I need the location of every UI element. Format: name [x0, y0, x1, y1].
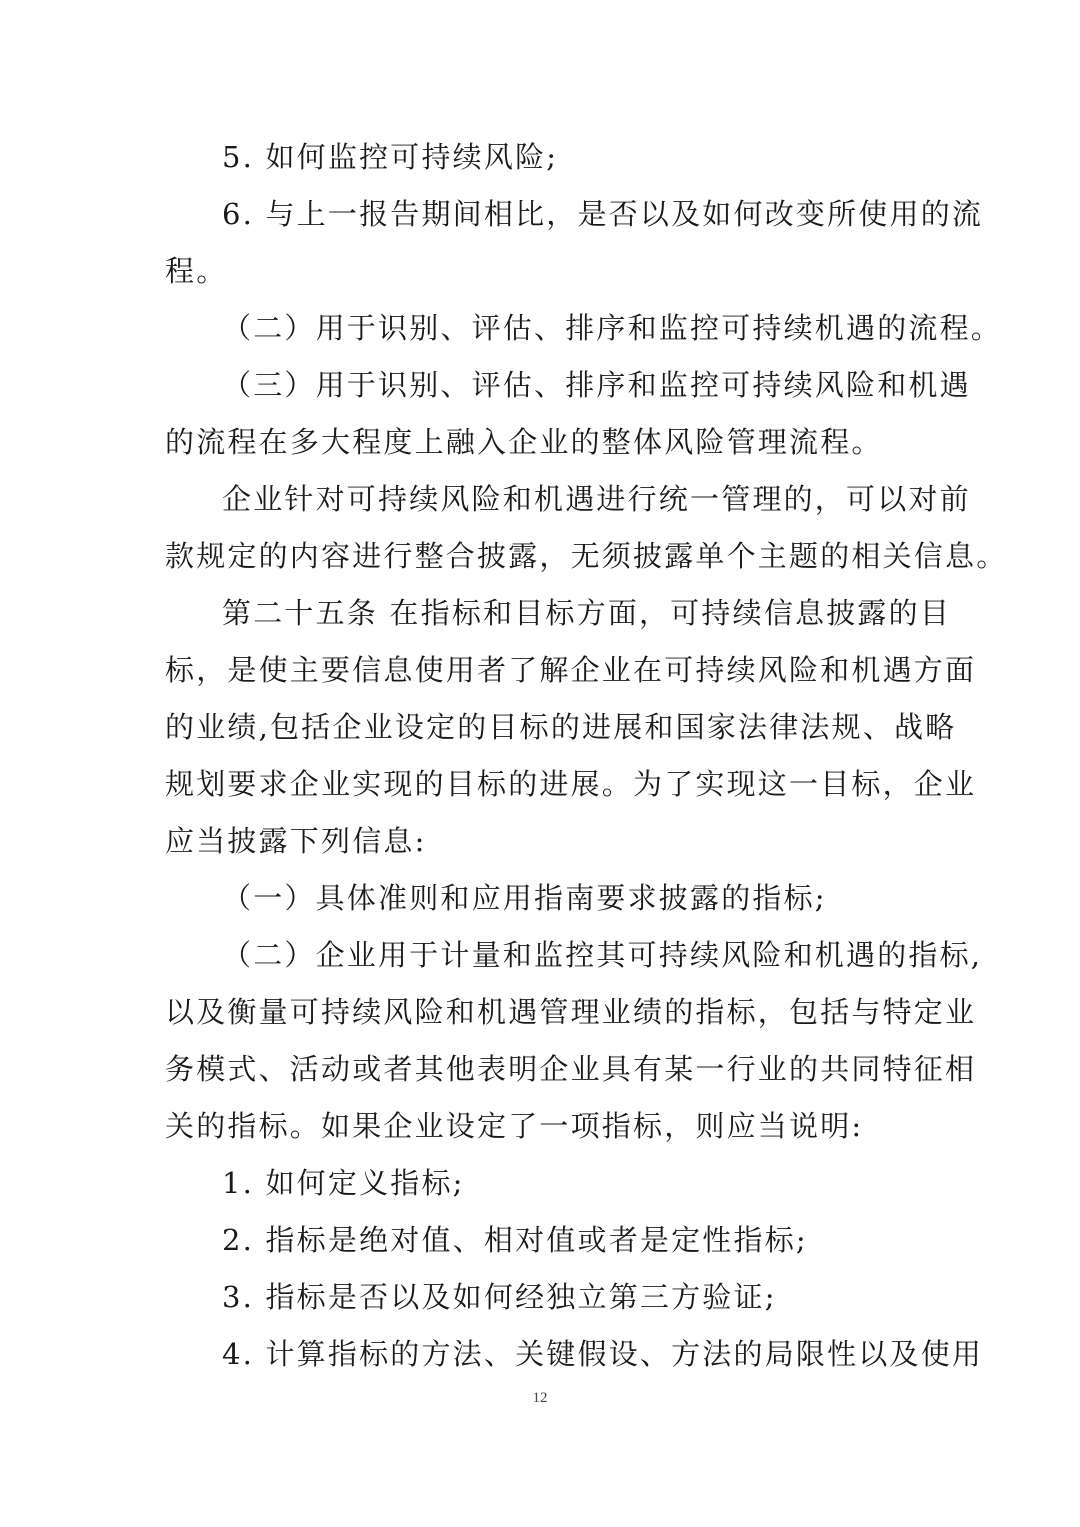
- text-line: 2. 指标是绝对值、相对值或者是定性指标;: [222, 1220, 922, 1260]
- text-line: 4. 计算指标的方法、关键假设、方法的局限性以及使用: [222, 1334, 922, 1374]
- text-line: 程。: [165, 251, 920, 291]
- text-line: 应当披露下列信息:: [165, 821, 920, 861]
- text-line: 务模式、活动或者其他表明企业具有某一行业的共同特征相: [165, 1049, 920, 1089]
- page-number: 12: [0, 1390, 1080, 1407]
- text-line: （三）用于识别、评估、排序和监控可持续风险和机遇: [222, 365, 922, 405]
- text-line: 以及衡量可持续风险和机遇管理业绩的指标，包括与特定业: [165, 992, 920, 1032]
- text-line: 款规定的内容进行整合披露，无须披露单个主题的相关信息。: [165, 536, 920, 576]
- text-line: 标，是使主要信息使用者了解企业在可持续风险和机遇方面: [165, 650, 920, 690]
- text-line: 3. 指标是否以及如何经独立第三方验证;: [222, 1277, 922, 1317]
- document-page: 5. 如何监控可持续风险;6. 与上一报告期间相比，是否以及如何改变所使用的流程…: [0, 0, 1080, 1527]
- text-line: 规划要求企业实现的目标的进展。为了实现这一目标，企业: [165, 764, 920, 804]
- text-line: 关的指标。如果企业设定了一项指标，则应当说明:: [165, 1106, 920, 1146]
- text-line: 的业绩,包括企业设定的目标的进展和国家法律法规、战略: [165, 707, 920, 747]
- text-line: 5. 如何监控可持续风险;: [222, 137, 922, 177]
- text-line: 6. 与上一报告期间相比，是否以及如何改变所使用的流: [222, 194, 922, 234]
- text-line: 1. 如何定义指标;: [222, 1163, 922, 1203]
- text-line: （二）用于识别、评估、排序和监控可持续机遇的流程。: [222, 308, 922, 348]
- text-line: （一）具体准则和应用指南要求披露的指标;: [222, 878, 922, 918]
- text-line: 的流程在多大程度上融入企业的整体风险管理流程。: [165, 422, 920, 462]
- text-line: 第二十五条 在指标和目标方面，可持续信息披露的目: [222, 593, 922, 633]
- text-line: （二）企业用于计量和监控其可持续风险和机遇的指标,: [222, 935, 922, 975]
- text-line: 企业针对可持续风险和机遇进行统一管理的，可以对前: [222, 479, 922, 519]
